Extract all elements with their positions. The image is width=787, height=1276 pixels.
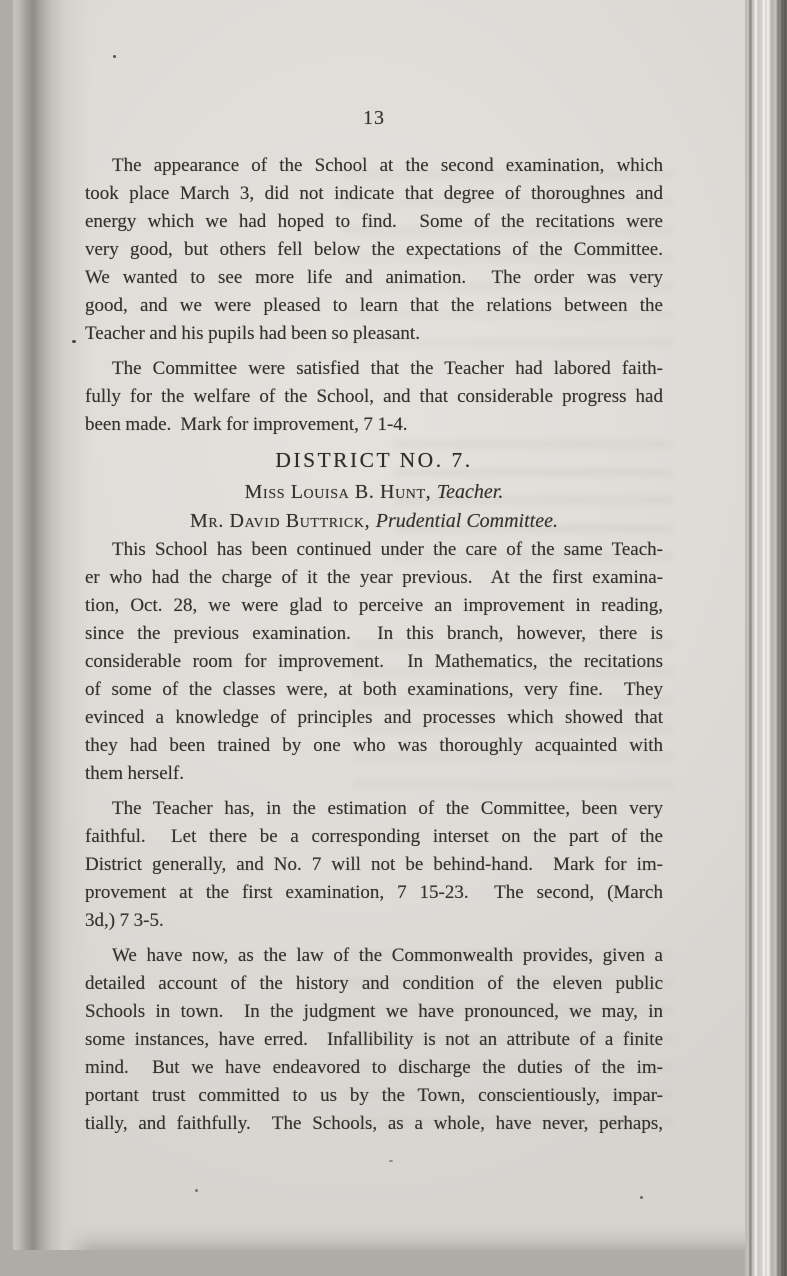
paragraph-1: The appearance of the School at the seco… [85, 152, 663, 348]
text-line: tion, Oct. 28, we were glad to perceive … [85, 592, 663, 620]
ink-speck [113, 55, 116, 58]
text-line: portant trust committed to us by the Tow… [85, 1082, 663, 1110]
text-line: Teacher and his pupils had been so pleas… [85, 320, 663, 348]
paragraph-2: The Committee were satisfied that the Te… [85, 355, 663, 439]
page-number: 13 [85, 104, 663, 132]
text-line: faithful. Let there be a corresponding i… [85, 823, 663, 851]
section-heading: DISTRICT NO. 7. [85, 446, 663, 475]
teacher-name: Miss Louisa B. Hunt, [245, 481, 437, 503]
text-line: provement at the first examination, 7 15… [85, 879, 663, 907]
paragraph-5: We have now, as the law of the Commonwea… [85, 942, 663, 1138]
ink-speck [195, 1189, 198, 1192]
ink-speck [640, 1196, 643, 1199]
text-line: been made. Mark for improvement, 7 1-4. [85, 411, 663, 439]
text-line: District generally, and No. 7 will not b… [85, 851, 663, 879]
text-line: The Committee were satisfied that the Te… [85, 355, 663, 383]
spine-shadow [13, 0, 91, 1250]
text-line: considerable room for improvement. In Ma… [85, 648, 663, 676]
text-line: We wanted to see more life and animation… [85, 264, 663, 292]
text-line: evinced a knowledge of principles and pr… [85, 704, 663, 732]
text-line: fully for the welfare of the School, and… [85, 383, 663, 411]
byline-teacher: Miss Louisa B. Hunt, Teacher. [85, 478, 663, 507]
text-line: mind. But we have endeavored to discharg… [85, 1054, 663, 1082]
paper-page: 13 The appearance of the School at the s… [13, 0, 755, 1250]
ink-speck [72, 340, 76, 343]
text-line: took place March 3, did not indicate tha… [85, 180, 663, 208]
text-line: since the previous examination. In this … [85, 620, 663, 648]
text-line: some instances, have erred. Infallibilit… [85, 1026, 663, 1054]
text-line: Schools in town. In the judgment we have… [85, 998, 663, 1026]
page-text: 13 The appearance of the School at the s… [85, 104, 663, 1145]
text-line: This School has been continued under the… [85, 536, 663, 564]
text-line: The Teacher has, in the estimation of th… [85, 795, 663, 823]
text-line: energy which we had hoped to find. Some … [85, 208, 663, 236]
text-line: 3d,) 7 3-5. [85, 907, 663, 935]
book-scan: 13 The appearance of the School at the s… [0, 0, 787, 1276]
text-line: er who had the charge of it the year pre… [85, 564, 663, 592]
paragraph-3: This School has been continued under the… [85, 536, 663, 788]
teacher-role: Teacher. [437, 481, 503, 503]
text-line: The appearance of the School at the seco… [85, 152, 663, 180]
ink-speck [389, 1160, 393, 1162]
text-line: of some of the classes were, at both exa… [85, 676, 663, 704]
committee-name: Mr. David Buttrick, [190, 510, 376, 532]
text-line: good, and we were pleased to learn that … [85, 292, 663, 320]
text-line: We have now, as the law of the Commonwea… [85, 942, 663, 970]
text-line: detailed account of the history and cond… [85, 970, 663, 998]
text-line: them herself. [85, 760, 663, 788]
byline-committee: Mr. David Buttrick, Prudential Committee… [85, 507, 663, 536]
committee-role: Prudential Committee. [376, 510, 558, 532]
text-line: they had been trained by one who was tho… [85, 732, 663, 760]
book-page-edges [745, 0, 787, 1276]
text-line: tially, and faithfully. The Schools, as … [85, 1110, 663, 1138]
text-line: very good, but others fell below the exp… [85, 236, 663, 264]
paragraph-4: The Teacher has, in the estimation of th… [85, 795, 663, 935]
